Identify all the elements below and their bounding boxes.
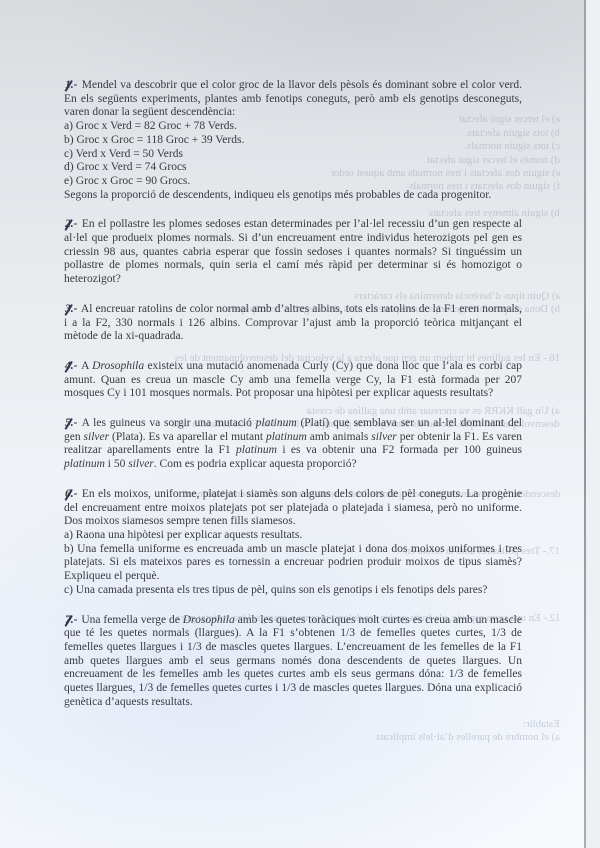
pen-strike-mark <box>64 614 72 626</box>
pen-strike-mark <box>64 418 72 430</box>
problem: 4.- A Drosophila existeix una mutació an… <box>64 360 522 401</box>
problem: 6.- En els moixos, uniforme, platejat i … <box>64 488 522 598</box>
problem-number: 7.- <box>64 614 78 628</box>
problem: 5.- A les guineus va sorgir una mutació … <box>64 417 522 472</box>
problem-text: b) Groc x Groc = 118 Groc + 39 Verds. <box>64 134 522 148</box>
scanned-page: a) el nombre de parelles d’al·lels impli… <box>0 0 600 848</box>
problem: 3.- Al encreuar ratolins de color normal… <box>64 303 522 344</box>
problem-number: 1.- <box>64 79 78 93</box>
scanner-background <box>586 0 600 848</box>
problem-text: 2.- En el pollastre les plomes sedoses e… <box>64 218 522 287</box>
problem-number: 2.- <box>64 218 78 232</box>
problem-text: b) Una femella uniforme es encreuada amb… <box>64 543 522 584</box>
problem-text: 3.- Al encreuar ratolins de color normal… <box>64 303 522 344</box>
pen-strike-mark <box>64 219 72 231</box>
problem-text: Segons la proporció de descendents, indi… <box>64 189 522 203</box>
problem-number: 5.- <box>64 417 78 431</box>
problem-number: 4.- <box>64 360 78 374</box>
problem-text: a) Raona una hipòtesi per explicar aques… <box>64 529 522 543</box>
problem-text: c) Una camada presenta els tres tipus de… <box>64 584 522 598</box>
problem-text: e) Groc x Groc = 90 Grocs. <box>64 175 522 189</box>
problems: 1.- Mendel va descobrir que el color gro… <box>64 79 522 725</box>
pen-strike-mark <box>64 80 72 92</box>
problem-number: 3.- <box>64 303 78 317</box>
problem-text: d) Groc x Verd = 74 Grocs <box>64 161 522 175</box>
problem-text: 4.- A Drosophila existeix una mutació an… <box>64 360 522 401</box>
problem-text: 7.- Una femella verge de Drosophila amb … <box>64 614 522 710</box>
problem-text: 1.- Mendel va descobrir que el color gro… <box>64 79 522 120</box>
page-edge-line <box>584 0 586 848</box>
problem: 2.- En el pollastre les plomes sedoses e… <box>64 218 522 287</box>
pen-strike-mark <box>64 361 72 373</box>
problem: 1.- Mendel va descobrir que el color gro… <box>64 79 522 202</box>
pen-strike-mark <box>64 489 72 501</box>
problem-text: 5.- A les guineus va sorgir una mutació … <box>64 417 522 472</box>
problem-number: 6.- <box>64 488 78 502</box>
problem: 7.- Una femella verge de Drosophila amb … <box>64 614 522 710</box>
problem-text: a) Groc x Verd = 82 Groc + 78 Verds. <box>64 120 522 134</box>
pen-strike-mark <box>64 304 72 316</box>
problem-text: c) Verd x Verd = 50 Verds <box>64 148 522 162</box>
problem-text: 6.- En els moixos, uniforme, platejat i … <box>64 488 522 529</box>
